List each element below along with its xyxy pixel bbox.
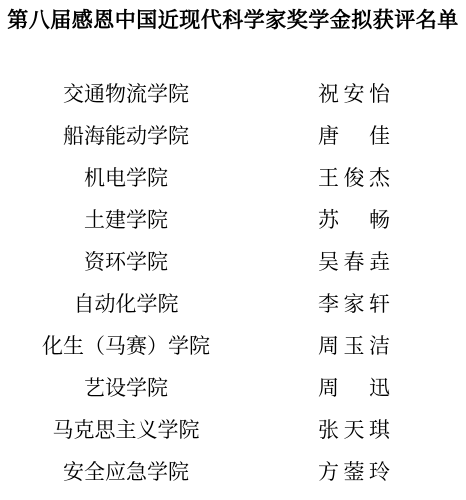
- list-row: 土建学院 苏 畅: [0, 200, 466, 242]
- college-name: 交通物流学院: [0, 74, 252, 116]
- college-name: 土建学院: [0, 200, 252, 242]
- list-row: 化生（马赛）学院 周玉洁: [0, 326, 466, 368]
- list-row: 安全应急学院 方蓥玲: [0, 452, 466, 494]
- recipient-name: 吴春垚: [318, 242, 390, 284]
- recipient-name: 周玉洁: [318, 326, 390, 368]
- list-row: 马克思主义学院 张天琪: [0, 410, 466, 452]
- recipient-name: 苏 畅: [318, 200, 390, 242]
- list-row: 资环学院 吴春垚: [0, 242, 466, 284]
- recipient-name: 周 迅: [318, 368, 390, 410]
- list-row: 交通物流学院 祝安怡: [0, 74, 466, 116]
- college-name: 机电学院: [0, 158, 252, 200]
- page-title: 第八届感恩中国近现代科学家奖学金拟获评名单: [2, 6, 464, 36]
- recipient-name: 王俊杰: [318, 158, 390, 200]
- recipient-name: 祝安怡: [318, 74, 390, 116]
- college-name: 艺设学院: [0, 368, 252, 410]
- college-name: 资环学院: [0, 242, 252, 284]
- document-page: 第八届感恩中国近现代科学家奖学金拟获评名单 交通物流学院 祝安怡 船海能动学院 …: [0, 6, 466, 500]
- list-row: 艺设学院 周 迅: [0, 368, 466, 410]
- college-name: 化生（马赛）学院: [0, 326, 252, 368]
- list-row: 机电学院 王俊杰: [0, 158, 466, 200]
- recipient-name: 张天琪: [318, 410, 390, 452]
- college-name: 马克思主义学院: [0, 410, 252, 452]
- recipient-name: 方蓥玲: [318, 452, 390, 494]
- list-row: 船海能动学院 唐 佳: [0, 116, 466, 158]
- college-name: 安全应急学院: [0, 452, 252, 494]
- recipient-list: 交通物流学院 祝安怡 船海能动学院 唐 佳 机电学院 王俊杰 土建学院 苏 畅 …: [0, 74, 466, 494]
- recipient-name: 唐 佳: [318, 116, 390, 158]
- recipient-name: 李家轩: [318, 284, 390, 326]
- list-row: 自动化学院 李家轩: [0, 284, 466, 326]
- college-name: 自动化学院: [0, 284, 252, 326]
- college-name: 船海能动学院: [0, 116, 252, 158]
